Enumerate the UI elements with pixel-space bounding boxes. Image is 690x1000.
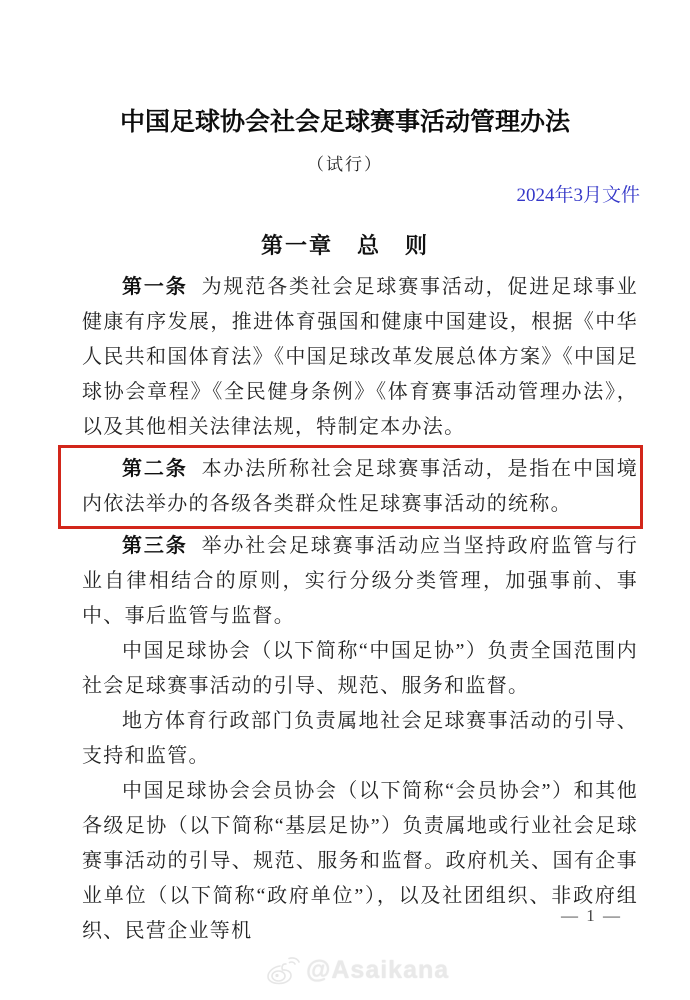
document-subtitle: （试行） [0,150,690,175]
page-number: — 1 — [561,906,622,926]
watermark: @Asaikana [266,956,449,985]
document-page: 中国足球协会社会足球赛事活动管理办法 （试行） 2024年3月文件 第一章 总 … [0,0,690,1000]
article-1-text: 为规范各类社会足球赛事活动，促进足球事业健康有序发展，推进体育强国和健康中国建设… [82,276,638,438]
chapter-heading: 第一章 总 则 [0,229,690,260]
date-note: 2024年3月文件 [0,180,690,207]
document-title: 中国足球协会社会足球赛事活动管理办法 [0,102,690,138]
article-3-label: 第三条 [122,535,188,557]
paragraph-6-text: 中国足球协会会员协会（以下简称“会员协会”）和其他各级足协（以下简称“基层足协”… [82,780,638,942]
document-body: 第一条为规范各类社会足球赛事活动，促进足球事业健康有序发展，推进体育强国和健康中… [82,270,638,949]
article-paragraph-1: 第一条为规范各类社会足球赛事活动，促进足球事业健康有序发展，推进体育强国和健康中… [82,270,638,445]
paragraph-5-text: 地方体育行政部门负责属地社会足球赛事活动的引导、支持和监管。 [82,710,638,767]
body-paragraph-5: 地方体育行政部门负责属地社会足球赛事活动的引导、支持和监管。 [82,704,638,774]
article-paragraph-3: 第三条举办社会足球赛事活动应当坚持政府监管与行业自律相结合的原则，实行分级分类管… [82,529,638,634]
paragraph-4-text: 中国足球协会（以下简称“中国足协”）负责全国范围内社会足球赛事活动的引导、规范、… [82,640,638,697]
weibo-icon [266,957,300,985]
article-paragraph-2-highlighted: 第二条本办法所称社会足球赛事活动，是指在中国境内依法举办的各级各类群众性足球赛事… [58,445,643,529]
body-paragraph-4: 中国足球协会（以下简称“中国足协”）负责全国范围内社会足球赛事活动的引导、规范、… [82,634,638,704]
watermark-text: @Asaikana [306,956,449,985]
article-1-label: 第一条 [122,276,188,298]
body-paragraph-6: 中国足球协会会员协会（以下简称“会员协会”）和其他各级足协（以下简称“基层足协”… [82,774,638,949]
article-2-label: 第二条 [122,458,188,480]
